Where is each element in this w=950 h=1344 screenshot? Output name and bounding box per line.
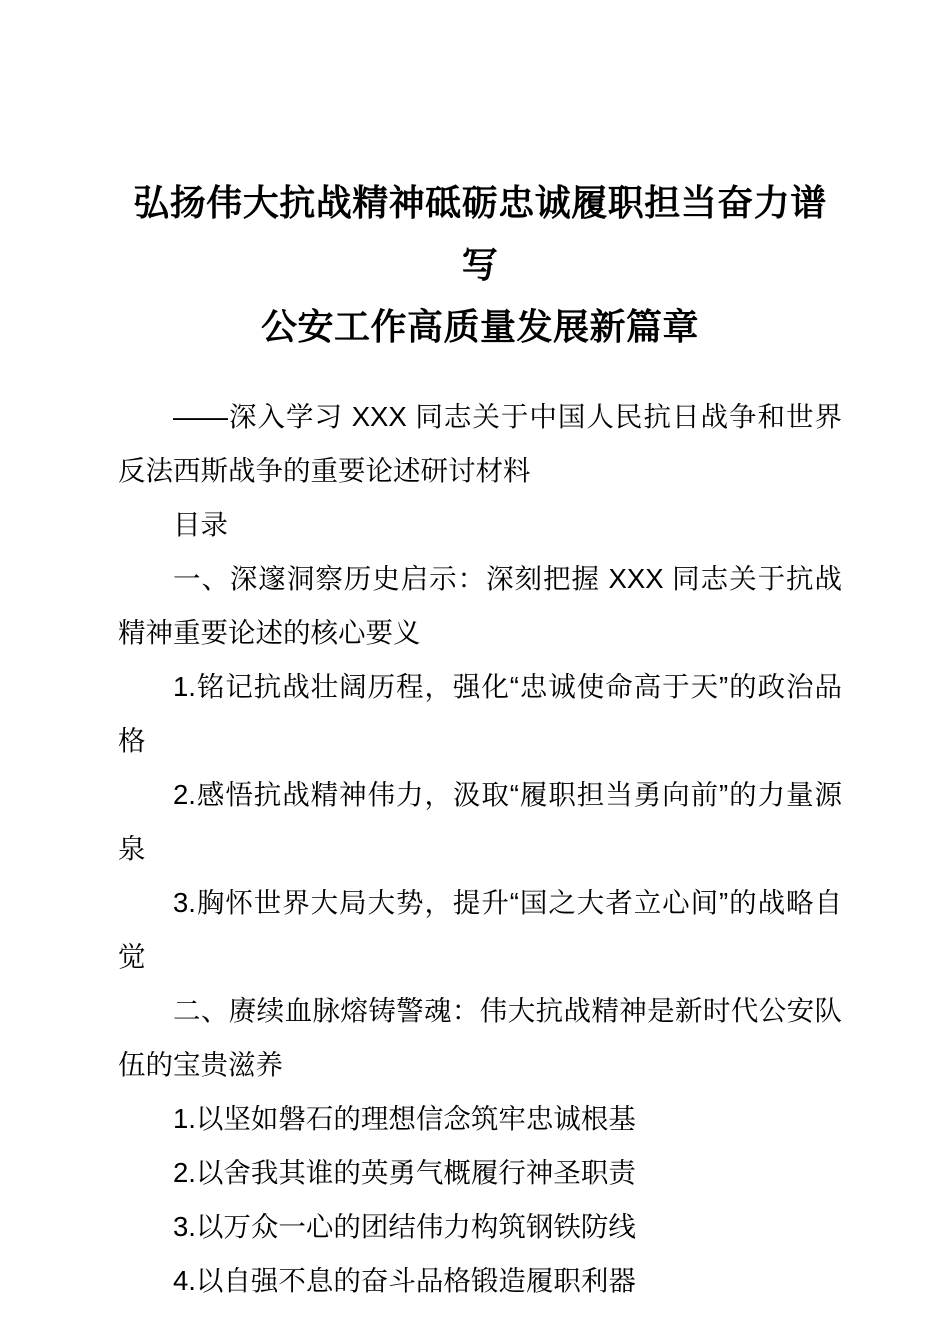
toc-title: 目录 [118, 498, 842, 552]
document-subtitle: ——深入学习 XXX 同志关于中国人民抗日战争和世界反法西斯战争的重要论述研讨材… [118, 390, 842, 498]
toc-entry-1-3: 3.胸怀世界大局大势，提升“国之大者立心间”的战略自觉 [118, 876, 842, 984]
toc-entry-2-4: 4.以自强不息的奋斗品格锻造履职利器 [118, 1254, 842, 1308]
document-body: ——深入学习 XXX 同志关于中国人民抗日战争和世界反法西斯战争的重要论述研讨材… [118, 390, 842, 1308]
toc-entry-2-3: 3.以万众一心的团结伟力构筑钢铁防线 [118, 1200, 842, 1254]
toc-entry-1-1: 1.铭记抗战壮阔历程，强化“忠诚使命高于天”的政治品格 [118, 660, 842, 768]
document-title-line-1: 弘扬伟大抗战精神砥砺忠诚履职担当奋力谱写 [133, 182, 827, 285]
document-title-line-2: 公安工作高质量发展新篇章 [261, 306, 699, 347]
toc-entry-section-1: 一、深邃洞察历史启示：深刻把握 XXX 同志关于抗战精神重要论述的核心要义 [118, 552, 842, 660]
document-title: 弘扬伟大抗战精神砥砺忠诚履职担当奋力谱写公安工作高质量发展新篇章 [118, 172, 842, 358]
toc-entry-2-2: 2.以舍我其谁的英勇气概履行神圣职责 [118, 1146, 842, 1200]
toc-entry-section-2: 二、赓续血脉熔铸警魂：伟大抗战精神是新时代公安队伍的宝贵滋养 [118, 984, 842, 1092]
document-content: 弘扬伟大抗战精神砥砺忠诚履职担当奋力谱写公安工作高质量发展新篇章 ——深入学习 … [118, 0, 842, 1308]
toc-entry-1-2: 2.感悟抗战精神伟力，汲取“履职担当勇向前”的力量源泉 [118, 768, 842, 876]
document-page: 弘扬伟大抗战精神砥砺忠诚履职担当奋力谱写公安工作高质量发展新篇章 ——深入学习 … [0, 0, 950, 1344]
toc-entry-2-1: 1.以坚如磐石的理想信念筑牢忠诚根基 [118, 1092, 842, 1146]
